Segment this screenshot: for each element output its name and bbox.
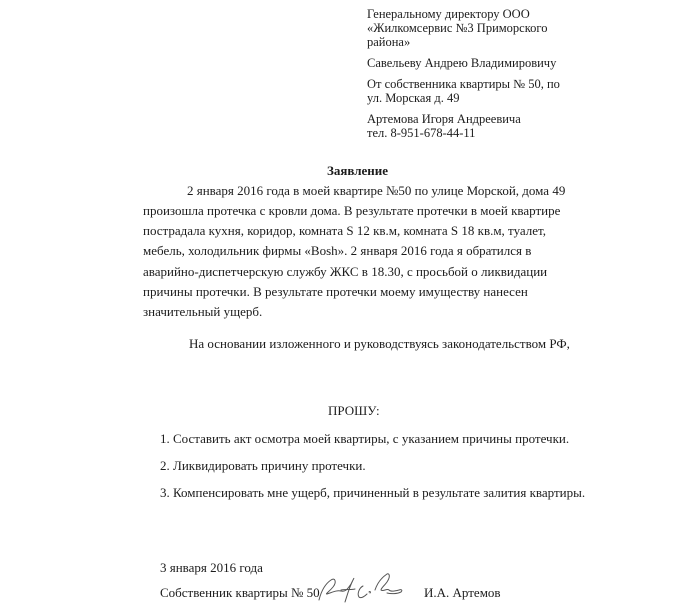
document-date: 3 января 2016 года [160, 560, 263, 576]
paragraph-line: 2 января 2016 года в моей квартире №50 п… [187, 183, 565, 199]
request-item: 3. Компенсировать мне ущерб, причиненный… [160, 485, 585, 501]
paragraph-line: причины протечки. В результате протечки … [143, 284, 528, 300]
handwritten-signature [315, 570, 405, 604]
addressee-line: Генеральному директору ООО [367, 7, 530, 21]
paragraph-line: пострадала кухня, коридор, комната S 12 … [143, 223, 546, 239]
signatory-name: И.А. Артемов [424, 585, 501, 601]
sender-address-line: ул. Морская д. 49 [367, 91, 459, 105]
request-item: 1. Составить акт осмотра моей квартиры, … [160, 431, 569, 447]
sender-address-line: От собственника квартиры № 50, по [367, 77, 560, 91]
request-heading: ПРОШУ: [328, 403, 380, 419]
paragraph-line: аварийно-диспетчерскую службу ЖКС в 18.3… [143, 264, 547, 280]
paragraph-line: значительный ущерб. [143, 304, 262, 320]
sender-name: Артемова Игоря Андреевича [367, 112, 521, 126]
basis-line: На основании изложенного и руководствуяс… [189, 336, 570, 352]
sender-phone: тел. 8-951-678-44-11 [367, 126, 475, 140]
signatory-role: Собственник квартиры № 50 [160, 585, 320, 601]
document-title: Заявление [327, 163, 388, 179]
addressee-line: «Жилкомсервис №3 Приморского [367, 21, 547, 35]
paragraph-line: произошла протечка с кровли дома. В резу… [143, 203, 560, 219]
addressee-line: района» [367, 35, 410, 49]
request-item: 2. Ликвидировать причину протечки. [160, 458, 366, 474]
paragraph-line: мебель, холодильник фирмы «Bosh». 2 янва… [143, 243, 531, 259]
addressee-name: Савельеву Андрею Владимировичу [367, 56, 556, 70]
